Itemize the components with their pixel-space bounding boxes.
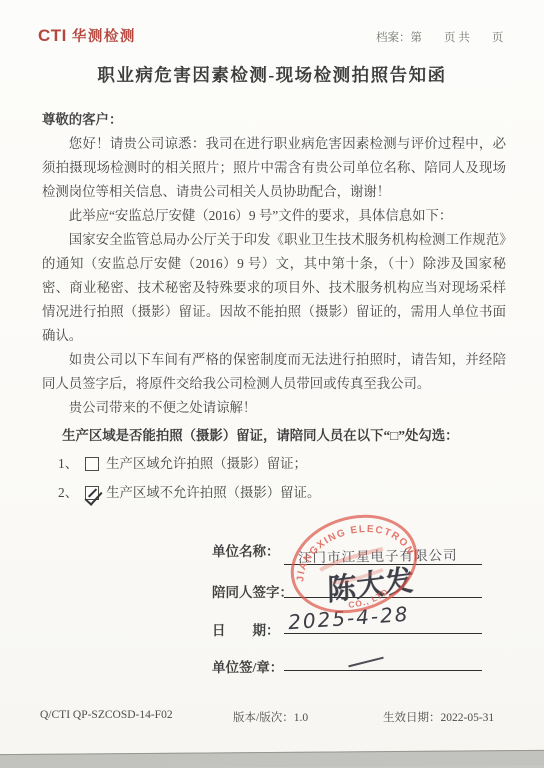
cti-logo-chinese: 华测检测 xyxy=(72,25,136,46)
archive-label: 档案：第 xyxy=(376,29,422,45)
footer-effective-date: 生效日期：2022-05-31 xyxy=(383,709,494,725)
archive-end: 页 xyxy=(492,29,504,45)
option-1-number: 1、 xyxy=(58,451,78,477)
archive-page-field: 档案：第 页 共 页 xyxy=(376,29,503,45)
option-2-label: 生产区域不允许拍照（摄影）留证。 xyxy=(106,480,320,506)
paragraph-3: 国家安全监管总局办公厅关于印发《职业卫生技术服务机构检测工作规范》的通知（安监总… xyxy=(42,228,506,348)
checkbox-instruction: 生产区域是否能拍照（摄影）留证，请陪同人员在以下“□”处勾选： xyxy=(42,424,506,448)
field-line-company-seal xyxy=(284,670,482,671)
document-page: CTI 华测检测 档案：第 页 共 页 职业病危害因素检测-现场检测拍照告知函 … xyxy=(0,0,544,755)
option-disallow-photo: 2、 生产区域不允许拍照（摄影）留证。 xyxy=(58,480,506,506)
field-label-company-seal: 单位签/章： xyxy=(212,656,283,676)
cti-logo-text: CTI xyxy=(38,26,67,46)
scan-page-bottom-edge xyxy=(0,750,544,768)
footer-version: 版本/版次：1.0 xyxy=(233,709,308,725)
stamp-inner-mark-2 xyxy=(333,568,384,586)
cti-logo: CTI 华测检测 xyxy=(38,25,136,46)
archive-mid: 页 共 xyxy=(444,29,470,45)
paragraph-1: 您好！请贵公司谅悉：我司在进行职业病危害因素检测与评价过程中，必须拍摄现场检测时… xyxy=(42,132,506,204)
option-1-checkbox xyxy=(85,457,99,471)
field-label-date: 日 期： xyxy=(212,619,280,639)
paragraph-2: 此举应“安监总厅安健（2016）9 号”文件的要求，具体信息如下： xyxy=(42,204,506,228)
option-2-checkbox xyxy=(85,486,99,500)
footer-doc-number: Q/CTI QP-SZCOSD-14-F02 xyxy=(40,709,173,721)
option-1-label: 生产区域允许拍照（摄影）留证； xyxy=(106,451,307,477)
scanned-document: CTI 华测检测 档案：第 页 共 页 职业病危害因素检测-现场检测拍照告知函 … xyxy=(0,0,544,768)
stamp-inner-mark xyxy=(319,548,383,570)
handwritten-slash-mark xyxy=(348,657,383,668)
document-body: 尊敬的客户： 您好！请贵公司谅悉：我司在进行职业病危害因素检测与评价过程中，必须… xyxy=(42,108,506,506)
paragraph-4: 如贵公司以下车间有严格的保密制度而无法进行拍照时，请告知，并经陪同人员签字后，将… xyxy=(42,348,506,396)
document-title: 职业病危害因素检测-现场检测拍照告知函 xyxy=(0,62,544,87)
option-2-number: 2、 xyxy=(58,480,78,506)
paragraph-5: 贵公司带来的不便之处请谅解！ xyxy=(42,396,506,420)
option-allow-photo: 1、 生产区域允许拍照（摄影）留证； xyxy=(58,451,506,477)
salutation: 尊敬的客户： xyxy=(42,108,506,132)
